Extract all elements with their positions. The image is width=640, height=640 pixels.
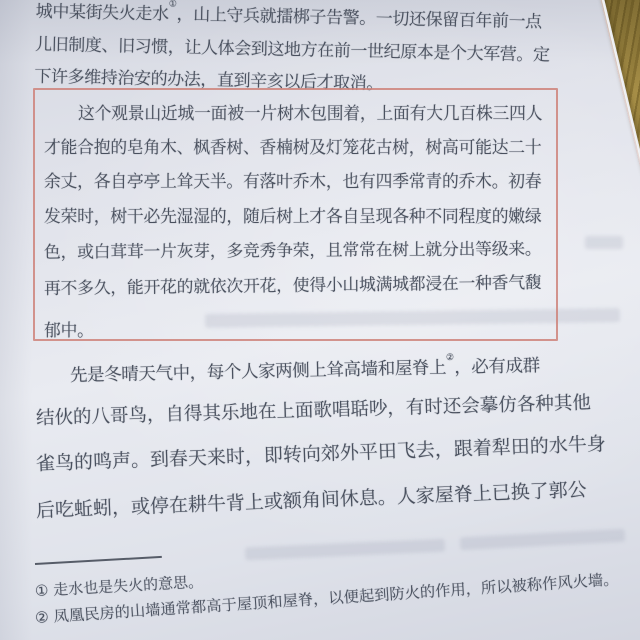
footnote-ref-1: ① [169,0,177,10]
photo-of-book-page: { "book_page": { "colors": { "paper": "#… [0,0,640,640]
ink-bleed-through [245,539,445,561]
text-segment: ，山上守兵就擂梆子告警。一切还保留百年前一点 [176,5,542,33]
footnote-separator-rule [35,556,162,565]
text-line: 结伙的八哥鸟，自得其乐地在上面歌唱聒吵，有时还会摹仿各种其他 [36,389,592,430]
footnote-ref-2: ② [446,353,454,363]
text-line: 雀鸟的鸣声。到春天来时，即转向郊外平田飞去，跟着犁田的水牛身 [36,429,607,476]
text-line: 城中某街失火走水①，山上守兵就擂梆子告警。一切还保留百年前一点 [36,0,543,32]
ink-bleed-through [460,529,625,551]
text-line: 儿旧制度、旧习惯，让人体会到这地方在前一世纪原本是个大军营。定 [35,30,550,66]
red-highlight-box [33,88,558,341]
text-segment: 城中某街失火走水 [36,2,169,25]
book-page-paper: 城中某街失火走水①，山上守兵就擂梆子告警。一切还保留百年前一点 儿旧制度、旧习惯… [0,0,640,640]
text-line: 先是冬晴天气中，每个人家两侧上耸高墙和屋脊上②，必有成群 [70,352,540,387]
ink-bleed-through [585,236,623,249]
text-line: 后吃蚯蚓，或停在耕牛背上或额角间休息。人家屋脊上已换了郭公 [35,475,587,523]
text-segment: 先是冬晴天气中，每个人家两侧上耸高墙和屋脊上 [70,358,447,386]
text-segment: ，必有成群 [454,356,540,378]
